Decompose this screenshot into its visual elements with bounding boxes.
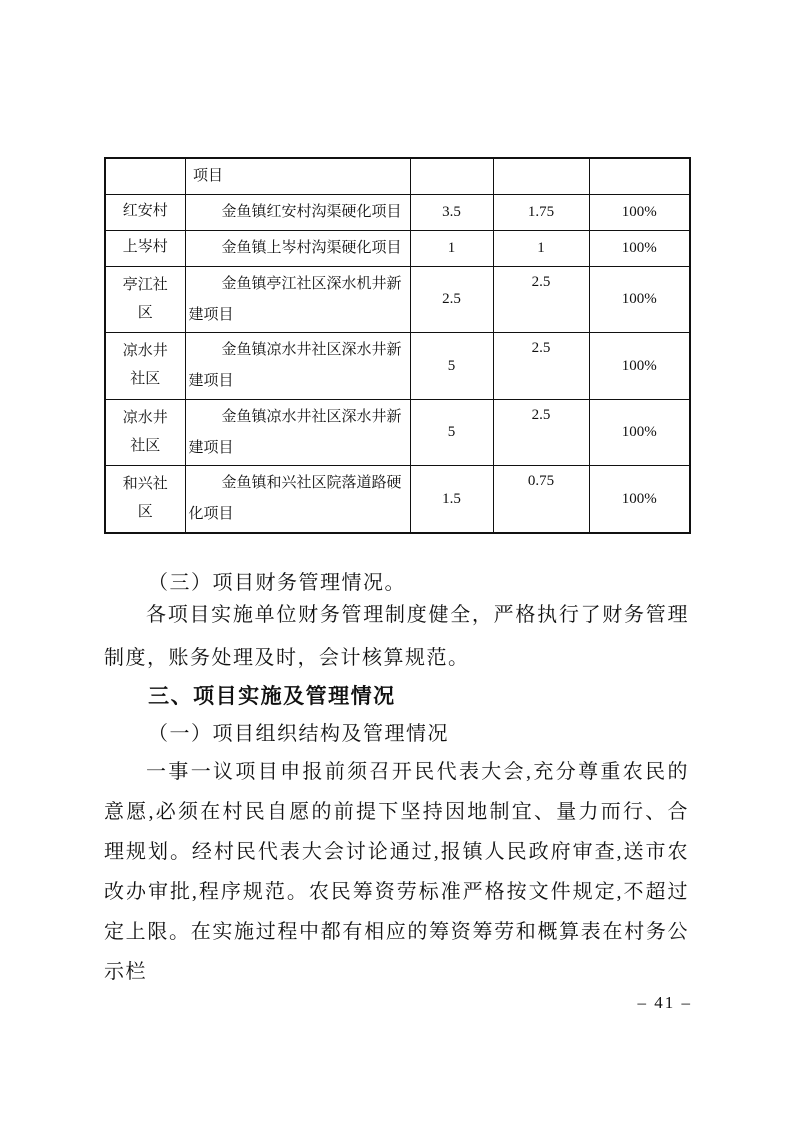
cell-percent: 100% xyxy=(589,333,690,400)
cell-village: 上岑村 xyxy=(105,230,185,266)
cell-amount: 2.5 xyxy=(493,266,589,333)
heading-section-three: 三、项目实施及管理情况 xyxy=(104,676,689,717)
cell-amount xyxy=(410,158,493,194)
cell-percent: 100% xyxy=(589,266,690,333)
table-row: 凉水井 社区 金鱼镇凉水井社区深水井新建项目 5 2.5 100% xyxy=(105,399,690,466)
cell-village xyxy=(105,158,185,194)
document-page: 项目 红安村 金鱼镇红安村沟渠硬化项目 3.5 1.75 100% 上岑村 金鱼… xyxy=(0,0,793,1122)
cell-village: 凉水井 社区 xyxy=(105,333,185,400)
project-table: 项目 红安村 金鱼镇红安村沟渠硬化项目 3.5 1.75 100% 上岑村 金鱼… xyxy=(104,157,691,534)
table-row: 亭江社 区 金鱼镇亭江社区深水机井新建项目 2.5 2.5 100% xyxy=(105,266,690,333)
table-row: 项目 xyxy=(105,158,690,194)
cell-percent: 100% xyxy=(589,399,690,466)
cell-village: 凉水井 社区 xyxy=(105,399,185,466)
cell-project: 金鱼镇和兴社区院落道路硬化项目 xyxy=(185,466,410,533)
table-row: 上岑村 金鱼镇上岑村沟渠硬化项目 1 1 100% xyxy=(105,230,690,266)
cell-percent: 100% xyxy=(589,466,690,533)
cell-project: 金鱼镇亭江社区深水机井新建项目 xyxy=(185,266,410,333)
cell-village: 红安村 xyxy=(105,194,185,230)
cell-project: 金鱼镇凉水井社区深水井新建项目 xyxy=(185,399,410,466)
cell-village: 和兴社 区 xyxy=(105,466,185,533)
cell-amount: 1 xyxy=(410,230,493,266)
cell-project: 金鱼镇上岑村沟渠硬化项目 xyxy=(185,230,410,266)
cell-amount: 1 xyxy=(493,230,589,266)
cell-amount: 2.5 xyxy=(493,333,589,400)
cell-amount: 3.5 xyxy=(410,194,493,230)
table-row: 红安村 金鱼镇红安村沟渠硬化项目 3.5 1.75 100% xyxy=(105,194,690,230)
heading-org-structure: （一）项目组织结构及管理情况 xyxy=(104,714,689,755)
page-number: – 41 – xyxy=(638,993,693,1013)
cell-percent xyxy=(589,158,690,194)
cell-village: 亭江社 区 xyxy=(105,266,185,333)
cell-amount: 1.75 xyxy=(493,194,589,230)
cell-amount: 0.75 xyxy=(493,466,589,533)
table-row: 凉水井 社区 金鱼镇凉水井社区深水井新建项目 5 2.5 100% xyxy=(105,333,690,400)
cell-amount: 5 xyxy=(410,333,493,400)
cell-amount: 2.5 xyxy=(493,399,589,466)
cell-project: 金鱼镇红安村沟渠硬化项目 xyxy=(185,194,410,230)
cell-amount: 1.5 xyxy=(410,466,493,533)
paragraph-org: 一事一议项目申报前须召开民代表大会,充分尊重农民的意愿,必须在村民自愿的前提下坚… xyxy=(104,752,689,992)
cell-percent: 100% xyxy=(589,230,690,266)
cell-percent: 100% xyxy=(589,194,690,230)
cell-project: 项目 xyxy=(185,158,410,194)
paragraph-finance: 各项目实施单位财务管理制度健全，严格执行了财务管理制度，账务处理及时，会计核算规… xyxy=(104,594,689,680)
cell-amount xyxy=(493,158,589,194)
cell-amount: 5 xyxy=(410,399,493,466)
cell-project: 金鱼镇凉水井社区深水井新建项目 xyxy=(185,333,410,400)
table-row: 和兴社 区 金鱼镇和兴社区院落道路硬化项目 1.5 0.75 100% xyxy=(105,466,690,533)
cell-amount: 2.5 xyxy=(410,266,493,333)
